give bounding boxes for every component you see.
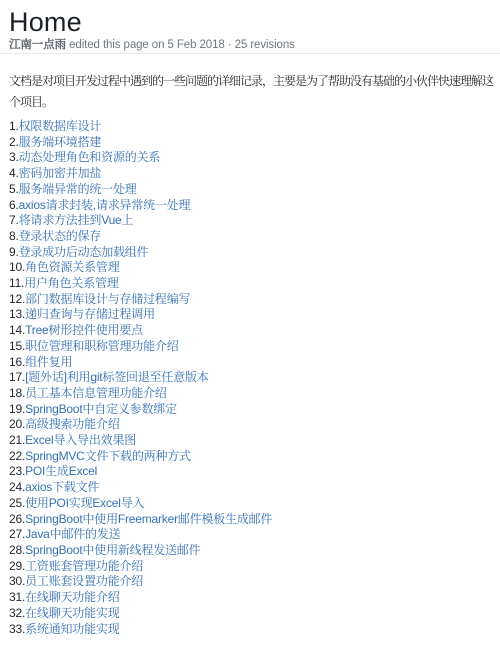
toc-list: 1.权限数据库设计 2.服务端环境搭建 3.动态处理角色和资源的关系 4.密码加… — [9, 119, 491, 637]
toc-item-number: 19. — [9, 402, 25, 416]
toc-item-link[interactable]: 部门数据库设计与存储过程编写 — [25, 292, 190, 306]
toc-item: 13.递归查询与存储过程调用 — [9, 307, 491, 323]
toc-item: 8.登录状态的保存 — [9, 229, 491, 245]
revisions-link[interactable]: 25 revisions — [235, 39, 295, 51]
toc-item-link[interactable]: 登录成功后动态加载组件 — [19, 245, 149, 259]
toc-item-number: 12. — [9, 292, 25, 306]
toc-item-link[interactable]: SpringBoot中使用Freemarker邮件模板生成邮件 — [25, 512, 272, 526]
toc-item-number: 13. — [9, 307, 25, 321]
toc-item: 9.登录成功后动态加载组件 — [9, 245, 491, 261]
toc-item: 7.将请求方法挂到Vue上 — [9, 213, 491, 229]
toc-item: 27.Java中邮件的发送 — [9, 527, 491, 543]
toc-item: 31.在线聊天功能介绍 — [9, 590, 491, 606]
toc-item-number: 18. — [9, 386, 25, 400]
toc-item-number: 28. — [9, 543, 25, 557]
toc-item: 21.Excel导入导出效果图 — [9, 433, 491, 449]
toc-item-number: 7. — [9, 213, 19, 227]
toc-item: 15.职位管理和职称管理功能介绍 — [9, 339, 491, 355]
toc-item-number: 10. — [9, 260, 25, 274]
toc-item: 30.员工账套设置功能介绍 — [9, 574, 491, 590]
toc-item-link[interactable]: 员工账套设置功能介绍 — [25, 574, 143, 588]
toc-item-link[interactable]: axios下载文件 — [25, 480, 99, 494]
toc-item-link[interactable]: 系统通知功能实现 — [25, 622, 119, 636]
toc-item: 24.axios下载文件 — [9, 480, 491, 496]
edited-text: edited this page on 5 Feb 2018 — [69, 39, 225, 51]
toc-item-link[interactable]: 用户角色关系管理 — [24, 276, 118, 290]
toc-item-link[interactable]: 职位管理和职称管理功能介绍 — [25, 339, 178, 353]
toc-item-link[interactable]: 将请求方法挂到Vue上 — [19, 213, 134, 227]
toc-item: 32.在线聊天功能实现 — [9, 606, 491, 622]
toc-item-link[interactable]: SpringBoot中自定义参数绑定 — [25, 402, 177, 416]
toc-item-number: 2. — [9, 135, 19, 149]
toc-item-number: 3. — [9, 150, 19, 164]
toc-item: 10.角色资源关系管理 — [9, 260, 491, 276]
toc-item: 6.axios请求封装,请求异常统一处理 — [9, 198, 491, 214]
toc-item: 1.权限数据库设计 — [9, 119, 491, 135]
toc-item-number: 33. — [9, 622, 25, 636]
toc-item-link[interactable]: 使用POI实现Excel导入 — [25, 496, 144, 510]
toc-item-number: 26. — [9, 512, 25, 526]
toc-item-link[interactable]: 权限数据库设计 — [19, 119, 102, 133]
toc-item: 17.[题外话]利用git标签回退至任意版本 — [9, 370, 491, 386]
meta-separator: · — [228, 39, 232, 51]
toc-item: 23.POI生成Excel — [9, 464, 491, 480]
toc-item-number: 16. — [9, 355, 25, 369]
toc-item: 11.用户角色关系管理 — [9, 276, 491, 292]
toc-item-link[interactable]: 递归查询与存储过程调用 — [25, 307, 155, 321]
toc-item-number: 11. — [9, 276, 24, 290]
toc-item-number: 1. — [9, 119, 19, 133]
toc-item-link[interactable]: 角色资源关系管理 — [25, 260, 119, 274]
toc-item: 2.服务端环境搭建 — [9, 135, 491, 151]
toc-item-link[interactable]: 动态处理角色和资源的关系 — [19, 150, 161, 164]
toc-item: 4.密码加密并加盐 — [9, 166, 491, 182]
toc-item-link[interactable]: Tree树形控件使用要点 — [25, 323, 143, 337]
toc-item-link[interactable]: 服务端异常的统一处理 — [19, 182, 137, 196]
toc-item-link[interactable]: Excel导入导出效果图 — [25, 433, 136, 447]
toc-item: 12.部门数据库设计与存储过程编写 — [9, 292, 491, 308]
toc-item: 28.SpringBoot中使用新线程发送邮件 — [9, 543, 491, 559]
toc-item: 33.系统通知功能实现 — [9, 622, 491, 638]
toc-item-number: 20. — [9, 417, 25, 431]
toc-item-number: 29. — [9, 559, 25, 573]
intro-paragraph: 文档是对项目开发过程中遇到的一些问题的详细记录，主要是为了帮助没有基础的小伙伴快… — [9, 71, 497, 113]
toc-item-link[interactable]: 密码加密并加盐 — [19, 166, 102, 180]
toc-item: 29.工资账套管理功能介绍 — [9, 559, 491, 575]
toc-item-link[interactable]: SpringBoot中使用新线程发送邮件 — [25, 543, 200, 557]
toc-item: 18.员工基本信息管理功能介绍 — [9, 386, 491, 402]
toc-item-link[interactable]: 在线聊天功能介绍 — [25, 590, 119, 604]
toc-item-link[interactable]: 员工基本信息管理功能介绍 — [25, 386, 167, 400]
toc-item-number: 9. — [9, 245, 19, 259]
toc-item: 16.组件复用 — [9, 355, 491, 371]
wiki-content: Home 江南一点雨 edited this page on 5 Feb 201… — [0, 6, 500, 637]
toc-item-number: 32. — [9, 606, 25, 620]
toc-item: 5.服务端异常的统一处理 — [9, 182, 491, 198]
toc-item-link[interactable]: 在线聊天功能实现 — [25, 606, 119, 620]
page-meta: 江南一点雨 edited this page on 5 Feb 2018 · 2… — [9, 38, 491, 52]
toc-item-number: 24. — [9, 480, 25, 494]
toc-item-link[interactable]: 组件复用 — [25, 355, 72, 369]
toc-item-link[interactable]: [题外话]利用git标签回退至任意版本 — [25, 370, 209, 384]
toc-item-link[interactable]: SpringMVC文件下载的两种方式 — [25, 449, 191, 463]
toc-item-number: 21. — [9, 433, 25, 447]
toc-item-number: 4. — [9, 166, 19, 180]
toc-item-number: 6. — [9, 198, 19, 212]
toc-item: 26.SpringBoot中使用Freemarker邮件模板生成邮件 — [9, 512, 491, 528]
toc-item-link[interactable]: axios请求封装,请求异常统一处理 — [19, 198, 191, 212]
toc-item: 20.高级搜索功能介绍 — [9, 417, 491, 433]
toc-item-number: 17. — [9, 370, 25, 384]
toc-item-number: 25. — [9, 496, 25, 510]
toc-item-number: 22. — [9, 449, 25, 463]
toc-item: 14.Tree树形控件使用要点 — [9, 323, 491, 339]
toc-item-link[interactable]: 工资账套管理功能介绍 — [25, 559, 143, 573]
toc-item-link[interactable]: Java中邮件的发送 — [25, 527, 120, 541]
page-title: Home — [9, 6, 491, 38]
toc-item: 19.SpringBoot中自定义参数绑定 — [9, 402, 491, 418]
toc-item-number: 5. — [9, 182, 19, 196]
toc-item-number: 27. — [9, 527, 25, 541]
toc-item: 3.动态处理角色和资源的关系 — [9, 150, 491, 166]
toc-item-number: 14. — [9, 323, 25, 337]
toc-item-link[interactable]: 登录状态的保存 — [19, 229, 102, 243]
toc-item: 22.SpringMVC文件下载的两种方式 — [9, 449, 491, 465]
toc-item-link[interactable]: POI生成Excel — [25, 464, 97, 478]
author-name: 江南一点雨 — [9, 39, 66, 51]
header-divider — [0, 53, 500, 54]
toc-item-number: 30. — [9, 574, 25, 588]
toc-item-link[interactable]: 服务端环境搭建 — [19, 135, 102, 149]
toc-item-number: 23. — [9, 464, 25, 478]
toc-item-number: 8. — [9, 229, 19, 243]
toc-item-link[interactable]: 高级搜索功能介绍 — [25, 417, 119, 431]
toc-item: 25.使用POI实现Excel导入 — [9, 496, 491, 512]
toc-item-number: 15. — [9, 339, 25, 353]
toc-item-number: 31. — [9, 590, 25, 604]
